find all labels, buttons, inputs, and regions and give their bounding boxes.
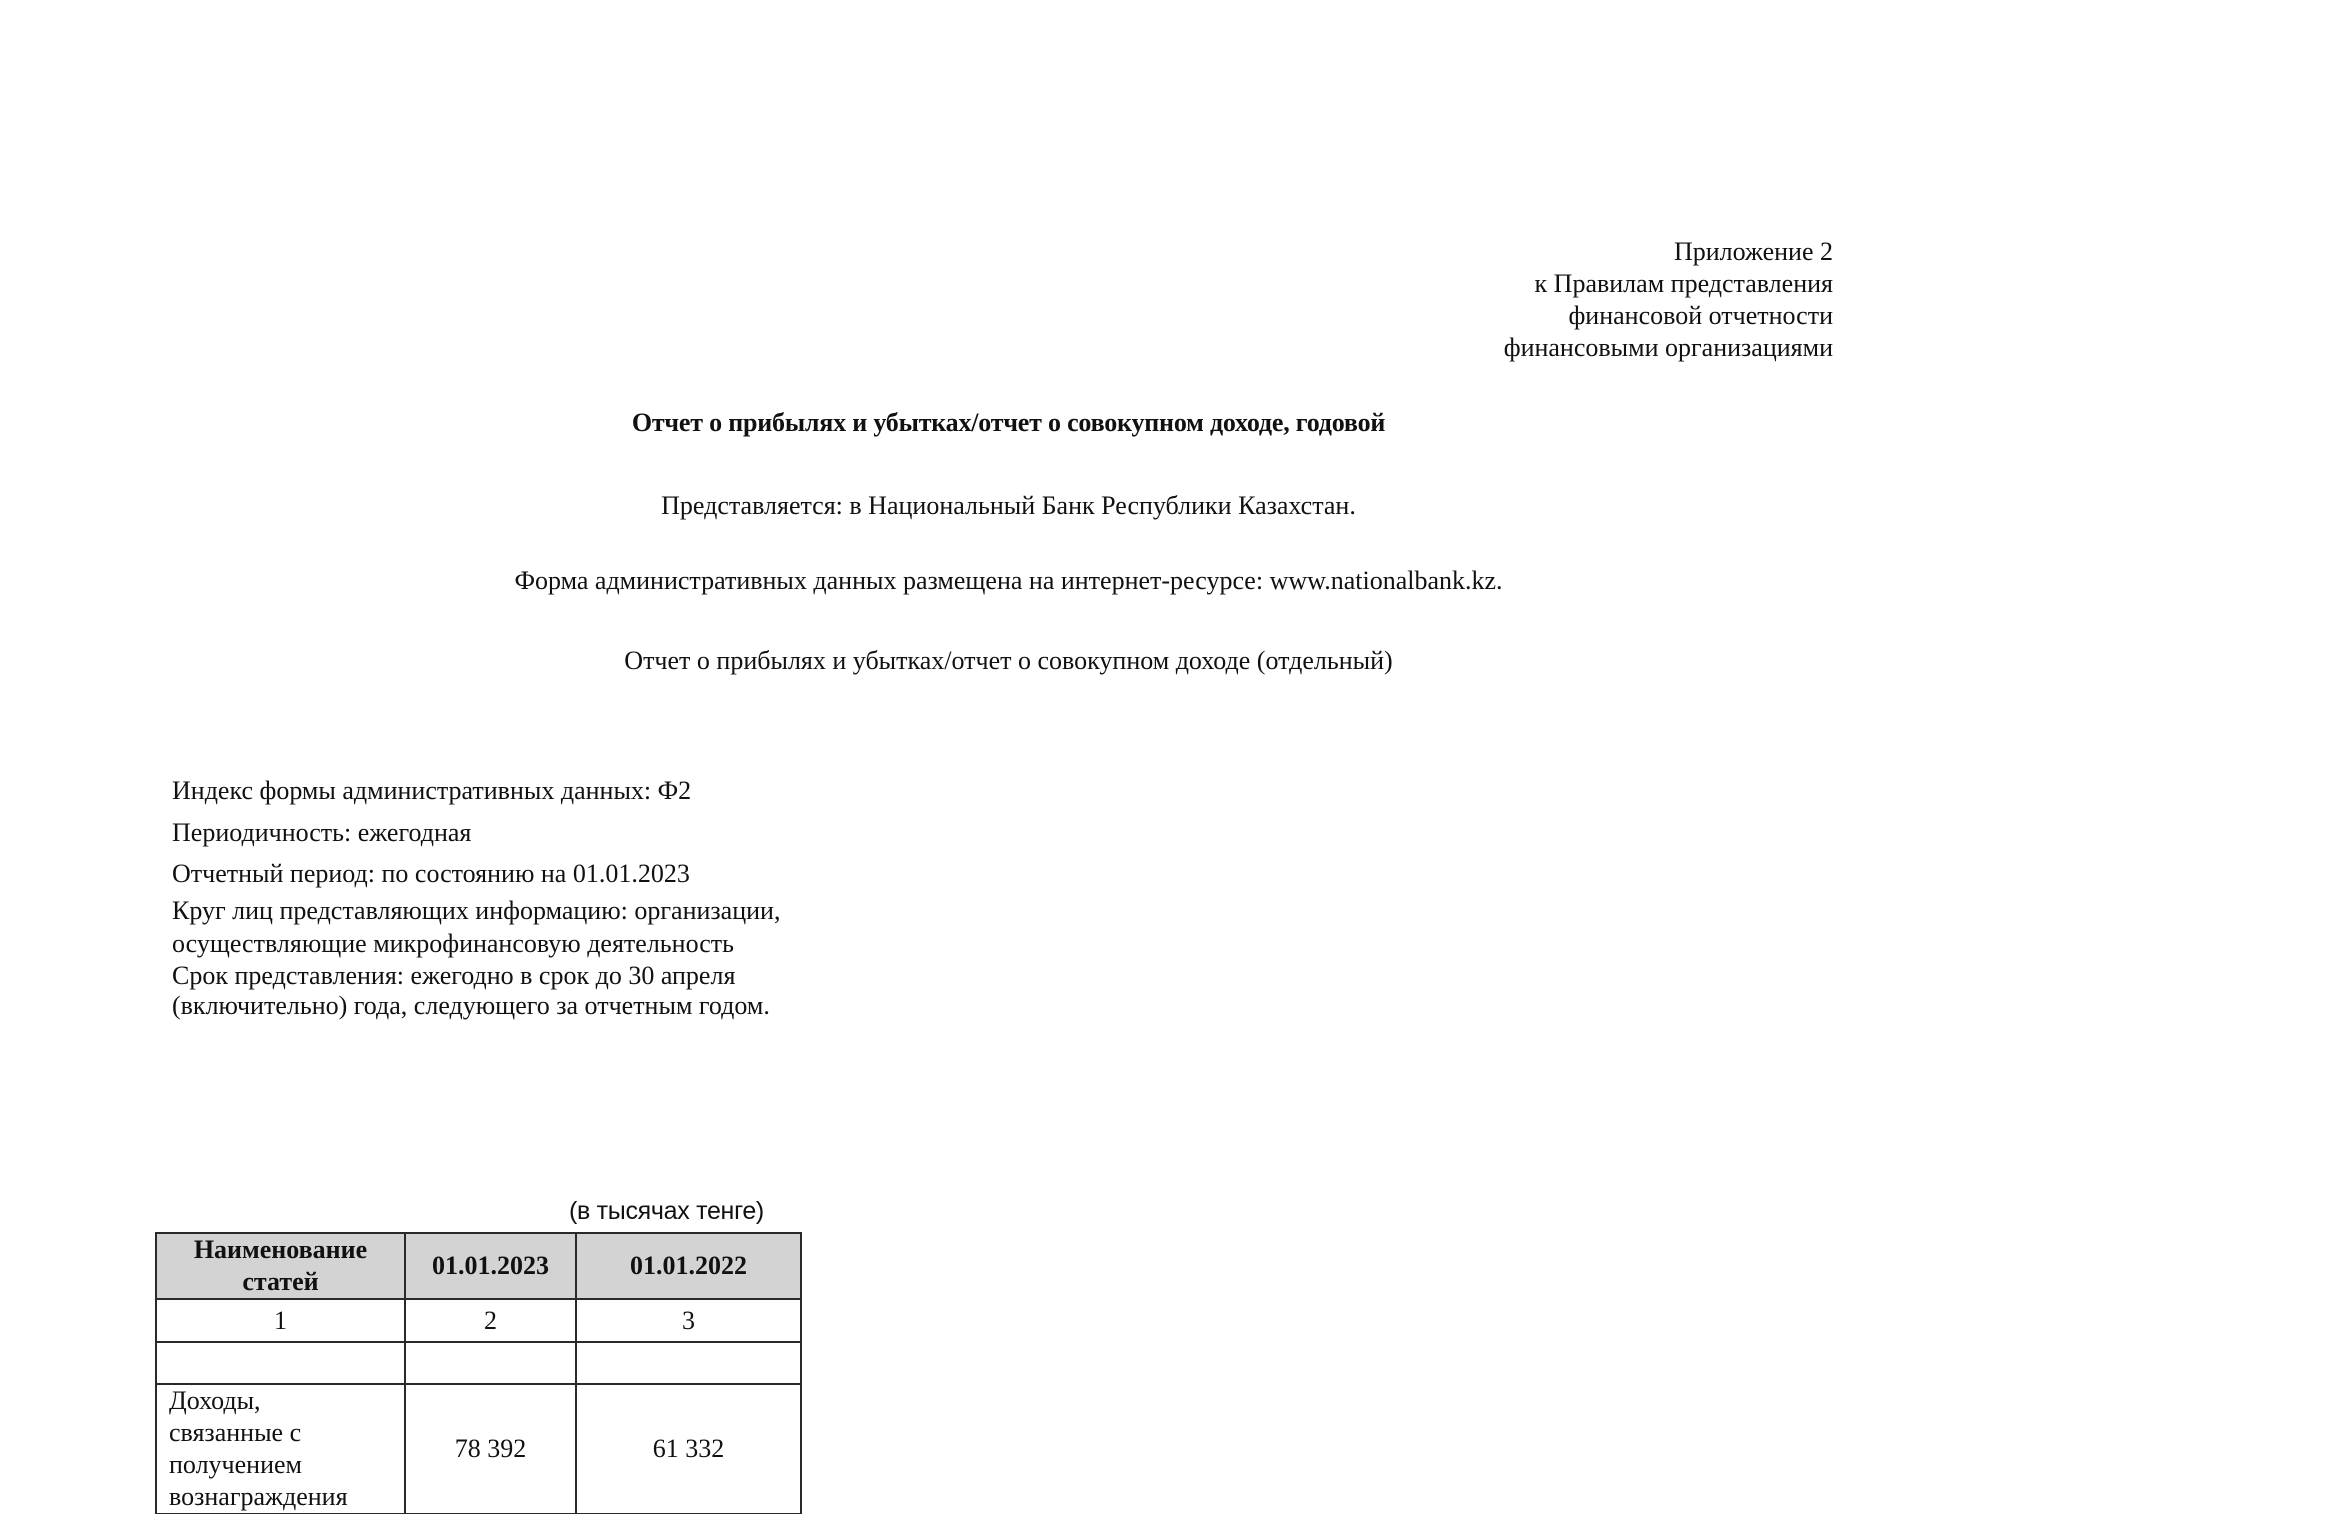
appendix-line: финансовой отчетности <box>1504 300 1833 332</box>
column-number: 3 <box>576 1299 801 1342</box>
units-note: (в тысячах тенге) <box>569 1197 764 1226</box>
document-title: Отчет о прибылях и убытках/отчет о совок… <box>0 408 2017 438</box>
column-number-row: 1 2 3 <box>156 1299 801 1342</box>
respondents-line-2: осуществляющие микрофинансовую деятельно… <box>172 929 734 959</box>
row-label <box>156 1342 405 1384</box>
table-header-row: Наименование статей 01.01.2023 01.01.202… <box>156 1233 801 1299</box>
deadline-line-2: (включительно) года, следующего за отчет… <box>172 991 770 1021</box>
appendix-line: Приложение 2 <box>1504 236 1833 268</box>
row-previous-value <box>576 1342 801 1384</box>
column-number: 2 <box>405 1299 576 1342</box>
deadline-line-1: Срок представления: ежегодно в срок до 3… <box>172 961 735 991</box>
form-index: Индекс формы административных данных: Ф2 <box>172 776 691 806</box>
report-table: Наименование статей 01.01.2023 01.01.202… <box>155 1232 802 1514</box>
appendix-line: финансовыми организациями <box>1504 332 1833 364</box>
header-previous-date: 01.01.2022 <box>576 1233 801 1299</box>
periodicity: Периодичность: ежегодная <box>172 818 471 848</box>
table-row: Доходы, связанные с получением вознаграж… <box>156 1384 801 1514</box>
submitted-to: Представляется: в Национальный Банк Респ… <box>0 491 2017 521</box>
row-label: Доходы, связанные с получением вознаграж… <box>156 1384 405 1514</box>
header-current-date: 01.01.2023 <box>405 1233 576 1299</box>
report-subtitle: Отчет о прибылях и убытках/отчет о совок… <box>0 646 2017 676</box>
row-current-value <box>405 1342 576 1384</box>
column-number: 1 <box>156 1299 405 1342</box>
respondents-line-1: Круг лиц представляющих информацию: орга… <box>172 896 780 926</box>
appendix-line: к Правилам представления <box>1504 268 1833 300</box>
table-row <box>156 1342 801 1384</box>
header-item-name: Наименование статей <box>156 1233 405 1299</box>
form-location: Форма административных данных размещена … <box>0 566 2017 596</box>
row-current-value: 78 392 <box>405 1384 576 1514</box>
row-previous-value: 61 332 <box>576 1384 801 1514</box>
reporting-period: Отчетный период: по состоянию на 01.01.2… <box>172 859 690 889</box>
appendix-reference: Приложение 2 к Правилам представления фи… <box>1504 236 1833 364</box>
